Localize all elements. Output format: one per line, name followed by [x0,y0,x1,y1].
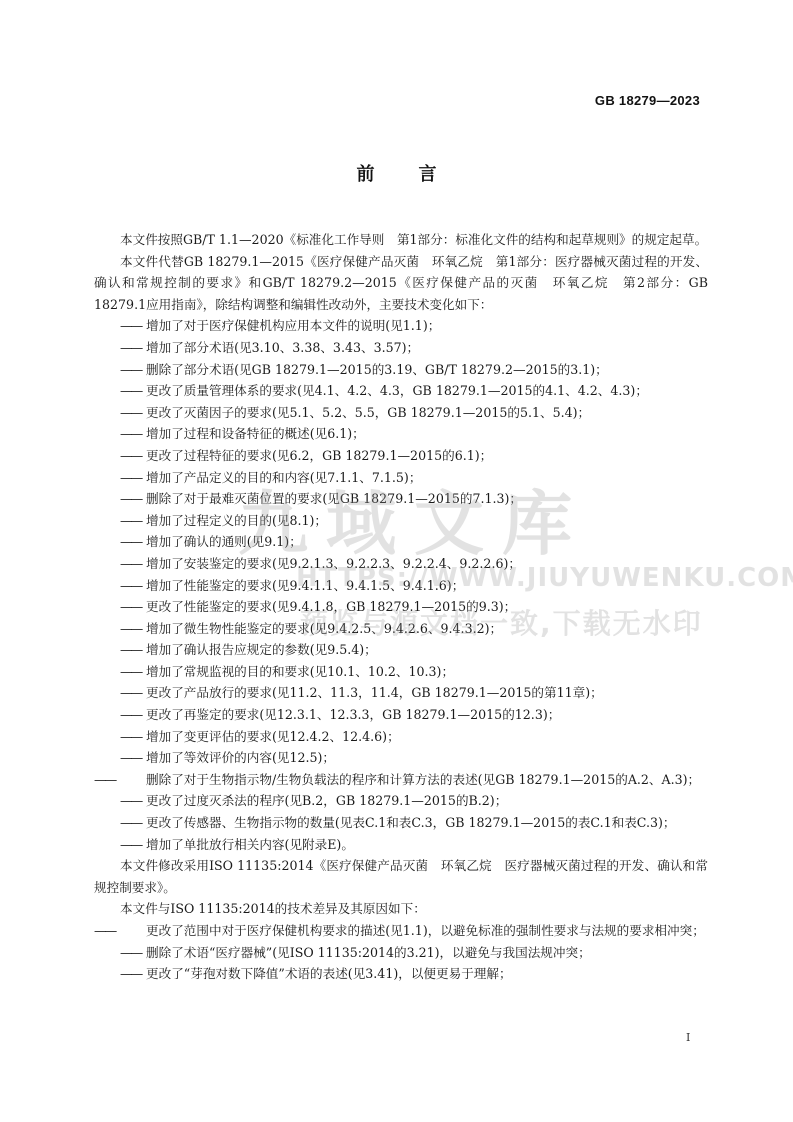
list-item: ——更改了再鉴定的要求(见12.3.1、12.3.3，GB 18279.1—20… [94,704,708,726]
dash-marker: —— [120,834,146,856]
list-item: ——更改了过程特征的要求(见6.2，GB 18279.1—2015的6.1)； [94,445,708,467]
dash-marker: —— [120,812,146,834]
dash-marker: —— [120,726,146,748]
list-item: ——增加了常规监视的目的和要求(见10.1、10.2、10.3)； [94,661,708,683]
dash-marker: —— [120,423,146,445]
dash-marker: —— [120,920,146,942]
list-item: ——增加了过程和设备特征的概述(见6.1)； [94,423,708,445]
list-item: ——增加了等效评价的内容(见12.5)； [94,747,708,769]
list-item: ——增加了安装鉴定的要求(见9.2.1.3、9.2.2.3、9.2.2.4、9.… [94,553,708,575]
page-number: I [686,1031,690,1044]
dash-marker: —— [120,402,146,424]
foreword-body: 本文件按照GB/T 1.1—2020《标准化工作导则 第1部分：标准化文件的结构… [94,229,708,985]
list-item: ——增加了变更评估的要求(见12.4.2、12.4.6)； [94,726,708,748]
dash-marker: —— [120,488,146,510]
dash-marker: —— [120,575,146,597]
dash-marker: —— [120,315,146,337]
paragraph-adoption: 本文件修改采用ISO 11135:2014《医疗保健产品灭菌 环氧乙烷 医疗器械… [94,855,708,898]
list-item: ——增加了产品定义的目的和内容(见7.1.1、7.1.5)； [94,467,708,489]
paragraph-drafting-rules: 本文件按照GB/T 1.1—2020《标准化工作导则 第1部分：标准化文件的结构… [94,229,708,251]
dash-marker: —— [120,359,146,381]
list-item: ——删除了部分术语(见GB 18279.1—2015的3.19、GB/T 182… [94,359,708,381]
dash-marker: —— [120,510,146,532]
dash-marker: —— [120,790,146,812]
list-item: ——增加了过程定义的目的(见8.1)； [94,510,708,532]
technical-differences-list: ——更改了范围中对于医疗保健机构要求的描述(见1.1)，以避免标准的强制性要求与… [94,920,708,985]
list-item: ——增加了微生物性能鉴定的要求(见9.4.2.5、9.4.2.6、9.4.3.2… [94,618,708,640]
dash-marker: —— [120,337,146,359]
list-item: ——增加了确认报告应规定的参数(见9.5.4)； [94,639,708,661]
dash-marker: —— [120,467,146,489]
list-item: ——增加了对于医疗保健机构应用本文件的说明(见1.1)； [94,315,708,337]
list-item: ——删除了对于最难灭菌位置的要求(见GB 18279.1—2015的7.1.3)… [94,488,708,510]
document-page: GB 18279—2023 前言 本文件按照GB/T 1.1—2020《标准化工… [0,0,793,1122]
list-item: ——删除了对于生物指示物/生物负载法的程序和计算方法的表述(见GB 18279.… [94,769,708,791]
list-item: ——增加了部分术语(见3.10、3.38、3.43、3.57)； [94,337,708,359]
dash-marker: —— [120,531,146,553]
list-item: ——增加了单批放行相关内容(见附录E)。 [94,834,708,856]
list-item: ——增加了性能鉴定的要求(见9.4.1.1、9.4.1.5、9.4.1.6)； [94,575,708,597]
dash-marker: —— [120,380,146,402]
list-item: ——增加了确认的通则(见9.1)； [94,531,708,553]
list-item: ——更改了性能鉴定的要求(见9.4.1.8，GB 18279.1—2015的9.… [94,596,708,618]
list-item: ——更改了灭菌因子的要求(见5.1、5.2、5.5，GB 18279.1—201… [94,402,708,424]
list-item: ——更改了产品放行的要求(见11.2、11.3，11.4，GB 18279.1—… [94,682,708,704]
dash-marker: —— [120,596,146,618]
list-item: ——删除了术语“医疗器械”(见ISO 11135:2014的3.21)，以避免与… [94,942,708,964]
dash-marker: —— [120,963,146,985]
dash-marker: —— [120,942,146,964]
dash-marker: —— [120,445,146,467]
dash-marker: —— [120,618,146,640]
standard-number: GB 18279—2023 [595,93,700,108]
technical-changes-list: ——增加了对于医疗保健机构应用本文件的说明(见1.1)； ——增加了部分术语(见… [94,315,708,855]
dash-marker: —— [120,769,146,791]
dash-marker: —— [120,639,146,661]
list-item: ——更改了质量管理体系的要求(见4.1、4.2、4.3，GB 18279.1—2… [94,380,708,402]
dash-marker: —— [120,704,146,726]
dash-marker: —— [120,747,146,769]
paragraph-replaces: 本文件代替GB 18279.1—2015《医疗保健产品灭菌 环氧乙烷 第1部分：… [94,251,708,316]
list-item: ——更改了传感器、生物指示物的数量(见表C.1和表C.3，GB 18279.1—… [94,812,708,834]
list-item: ——更改了过度灭杀法的程序(见B.2，GB 18279.1—2015的B.2)； [94,790,708,812]
paragraph-differences-intro: 本文件与ISO 11135:2014的技术差异及其原因如下： [94,898,708,920]
dash-marker: —— [120,553,146,575]
page-title: 前言 [0,160,793,186]
list-item: ——更改了范围中对于医疗保健机构要求的描述(见1.1)，以避免标准的强制性要求与… [94,920,708,942]
dash-marker: —— [120,661,146,683]
list-item: ——更改了“芽孢对数下降值”术语的表述(见3.41)，以便更易于理解； [94,963,708,985]
dash-marker: —— [120,682,146,704]
